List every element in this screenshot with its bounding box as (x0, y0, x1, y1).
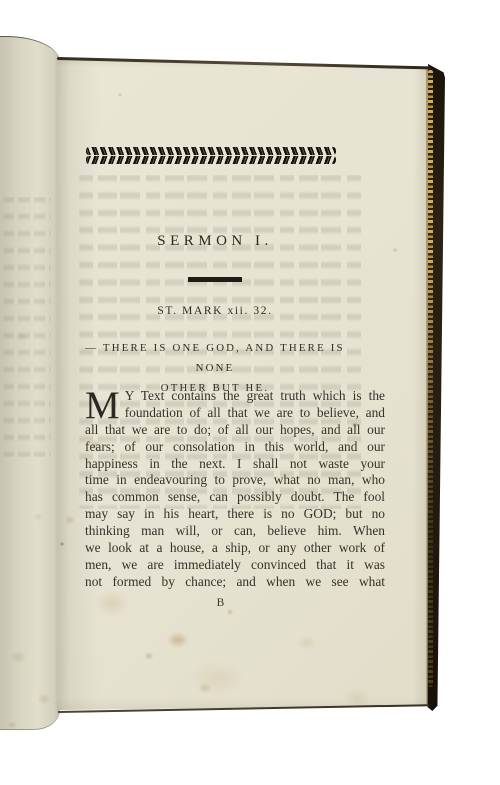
gilt-dentelle-tooling (428, 70, 433, 687)
body-paragraph: M Y Text contains the great truth which … (85, 388, 385, 591)
scripture-reference: ST. MARK xii. 32. (70, 305, 360, 317)
ornament-braid-row (86, 156, 336, 164)
body-line: fears; of our consolation in this world,… (85, 439, 385, 456)
printed-content: SERMON I. ST. MARK xii. 32. — THERE IS O… (57, 58, 429, 710)
book-photo: SERMON I. ST. MARK xii. 32. — THERE IS O… (0, 0, 500, 785)
body-line: has common sense, can possibly doubt. Th… (85, 489, 385, 506)
body-line: may say in his heart, there is no GOD; b… (85, 506, 385, 523)
body-line: we look at a house, a ship, or any other… (85, 540, 385, 557)
book-page: SERMON I. ST. MARK xii. 32. — THERE IS O… (57, 58, 429, 710)
signature-mark: B (85, 597, 357, 609)
headpiece-ornament (86, 147, 336, 164)
body-line: happiness in the next. I shall not waste… (85, 456, 385, 473)
body-line: thinking man will, or can, believe him. … (85, 523, 385, 540)
body-line: men, we are immediately convinced that i… (85, 557, 385, 574)
body-line: time in endeavouring to prove, what no m… (85, 472, 385, 489)
body-line: foundation of all that we are to believe… (125, 405, 385, 422)
sermon-title: SERMON I. (70, 233, 360, 250)
double-rule (188, 277, 242, 282)
body-line: not formed by chance; and when we see wh… (85, 574, 385, 591)
body-line: Y Text contains the great truth which is… (125, 388, 385, 405)
double-rule-wrap (70, 277, 360, 282)
binding-board-edge (427, 62, 445, 711)
body-line: all that we are to do; of all our hopes,… (85, 422, 385, 439)
drop-cap: M (85, 388, 125, 421)
ornament-braid-row (86, 147, 336, 155)
facing-page-curl (0, 36, 60, 730)
showthrough-text-left (3, 197, 51, 457)
epigraph-line-1: — THERE IS ONE GOD, AND THERE IS NONE (70, 338, 360, 378)
